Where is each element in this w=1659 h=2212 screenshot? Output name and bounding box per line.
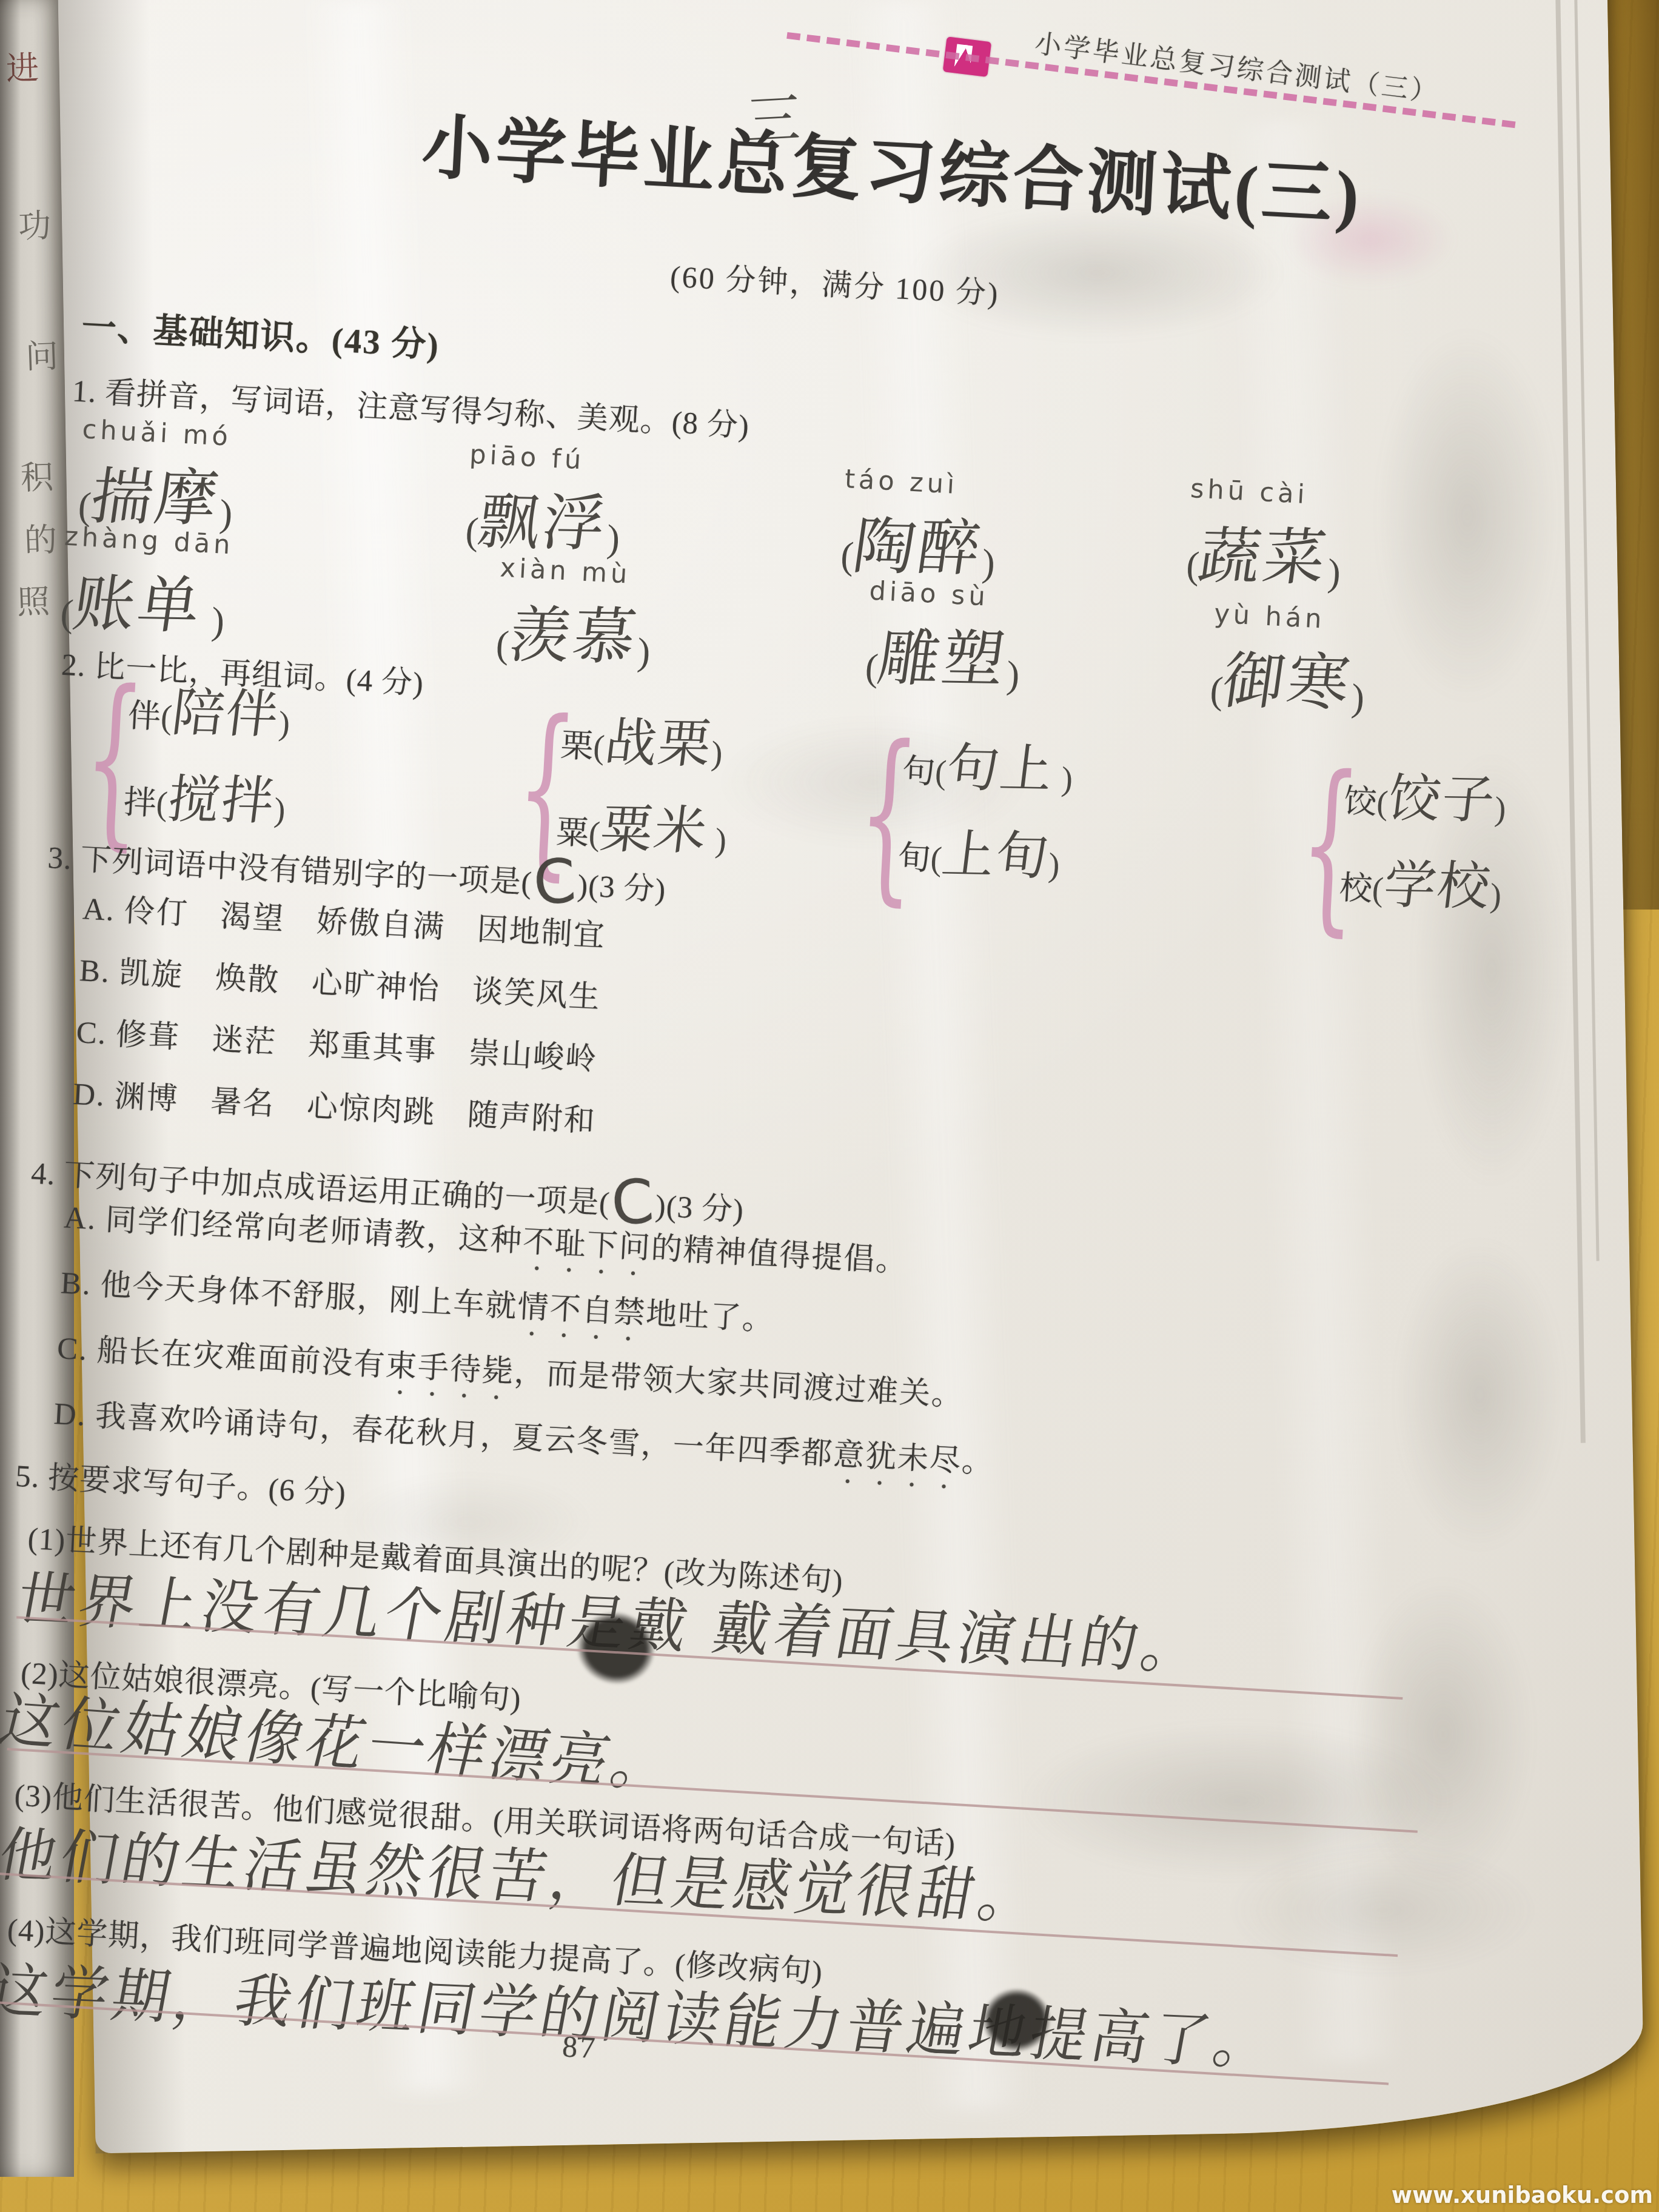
q1-answer-handwritten: 御寒 <box>1218 632 1358 722</box>
page-number: 87 <box>561 2028 598 2065</box>
q3-stem-points: )(3 分) <box>577 869 667 908</box>
previous-page-char: 积 <box>20 451 55 499</box>
q2-answer-handwritten: 战栗 <box>600 707 716 780</box>
q2-group: { 饺(饺子) 校(学校) <box>1282 756 1508 940</box>
q1-answer-handwritten: 飘浮 <box>473 472 614 563</box>
pink-brace-icon: { <box>856 739 891 888</box>
q1-answer-handwritten: 账单 <box>68 555 209 645</box>
q2-answer-handwritten: 句上 <box>942 732 1057 806</box>
q2-answer-handwritten: 陪伴 <box>168 677 283 751</box>
photographed-test-paper: 进 功 问 积 的 照 小学毕业总复习综合测试（三） 三 小学毕业总复习综合测试… <box>0 0 1659 2212</box>
q1-item: diāo sù (雕塑) <box>864 575 1025 702</box>
q1-item: táo zuì (陶醉) <box>839 464 1000 591</box>
q1-item: shū cài (蔬菜) <box>1185 474 1346 600</box>
q1-answer-handwritten: 羡慕 <box>504 586 645 676</box>
q2-group: { 句(句上 ) 旬(上旬) <box>841 725 1075 910</box>
q1-item: yù hán (御寒) <box>1208 598 1369 725</box>
emphasized-idiom: 束手待毙 <box>385 1349 515 1389</box>
q2-answer-handwritten: 饺子 <box>1384 763 1499 836</box>
q2-answer-handwritten: 学校 <box>1379 850 1495 923</box>
pink-brace-icon: { <box>81 683 116 833</box>
section1-heading: 一、基础知识。(43 分) <box>81 299 441 367</box>
q3-option: D. 渊博 暑名 心惊肉跳 随声附和 <box>72 1068 597 1141</box>
previous-page-char: 照 <box>16 575 51 623</box>
q1-answer-handwritten: 雕塑 <box>873 609 1013 699</box>
q1-item: chuǎi mó (揣摩) <box>77 414 238 541</box>
q3-option: C. 修葺 迷茫 郑重其事 崇山峻岭 <box>75 1007 598 1079</box>
q1-item: piāo fú (飘浮) <box>464 440 625 566</box>
page-title: 小学毕业总复习综合测试(三) <box>420 90 1366 241</box>
emphasized-idiom: 不耻下问 <box>522 1225 652 1265</box>
previous-page-char: 功 <box>18 199 52 247</box>
q1-item: zhàng dān (账单 ) <box>59 521 235 649</box>
q3-option: B. 凯旋 焕散 心旷神怡 谈笑风生 <box>78 945 602 1017</box>
watermark: www.xunibaoku.com <box>1392 2182 1653 2208</box>
pink-brace-icon: { <box>1297 769 1332 919</box>
q1-answer-handwritten: 陶醉 <box>848 497 989 588</box>
emphasized-idiom: 意犹未尽 <box>833 1438 963 1478</box>
q4-stem-points: )(3 分) <box>654 1189 745 1228</box>
q1-answer-handwritten: 蔬菜 <box>1194 507 1335 597</box>
previous-page-char: 的 <box>24 514 58 561</box>
previous-page-char: 问 <box>25 330 59 378</box>
emphasized-idiom: 情不自禁 <box>517 1290 647 1331</box>
q1-item: xiàn mù (羡慕) <box>495 553 655 680</box>
page-subtitle: (60 分钟，满分 100 分) <box>669 252 1001 313</box>
q2-answer-handwritten: 上旬 <box>938 819 1053 893</box>
page-content: 小学毕业总复习综合测试（三） 三 小学毕业总复习综合测试(三) (60 分钟，满… <box>0 33 1569 2182</box>
